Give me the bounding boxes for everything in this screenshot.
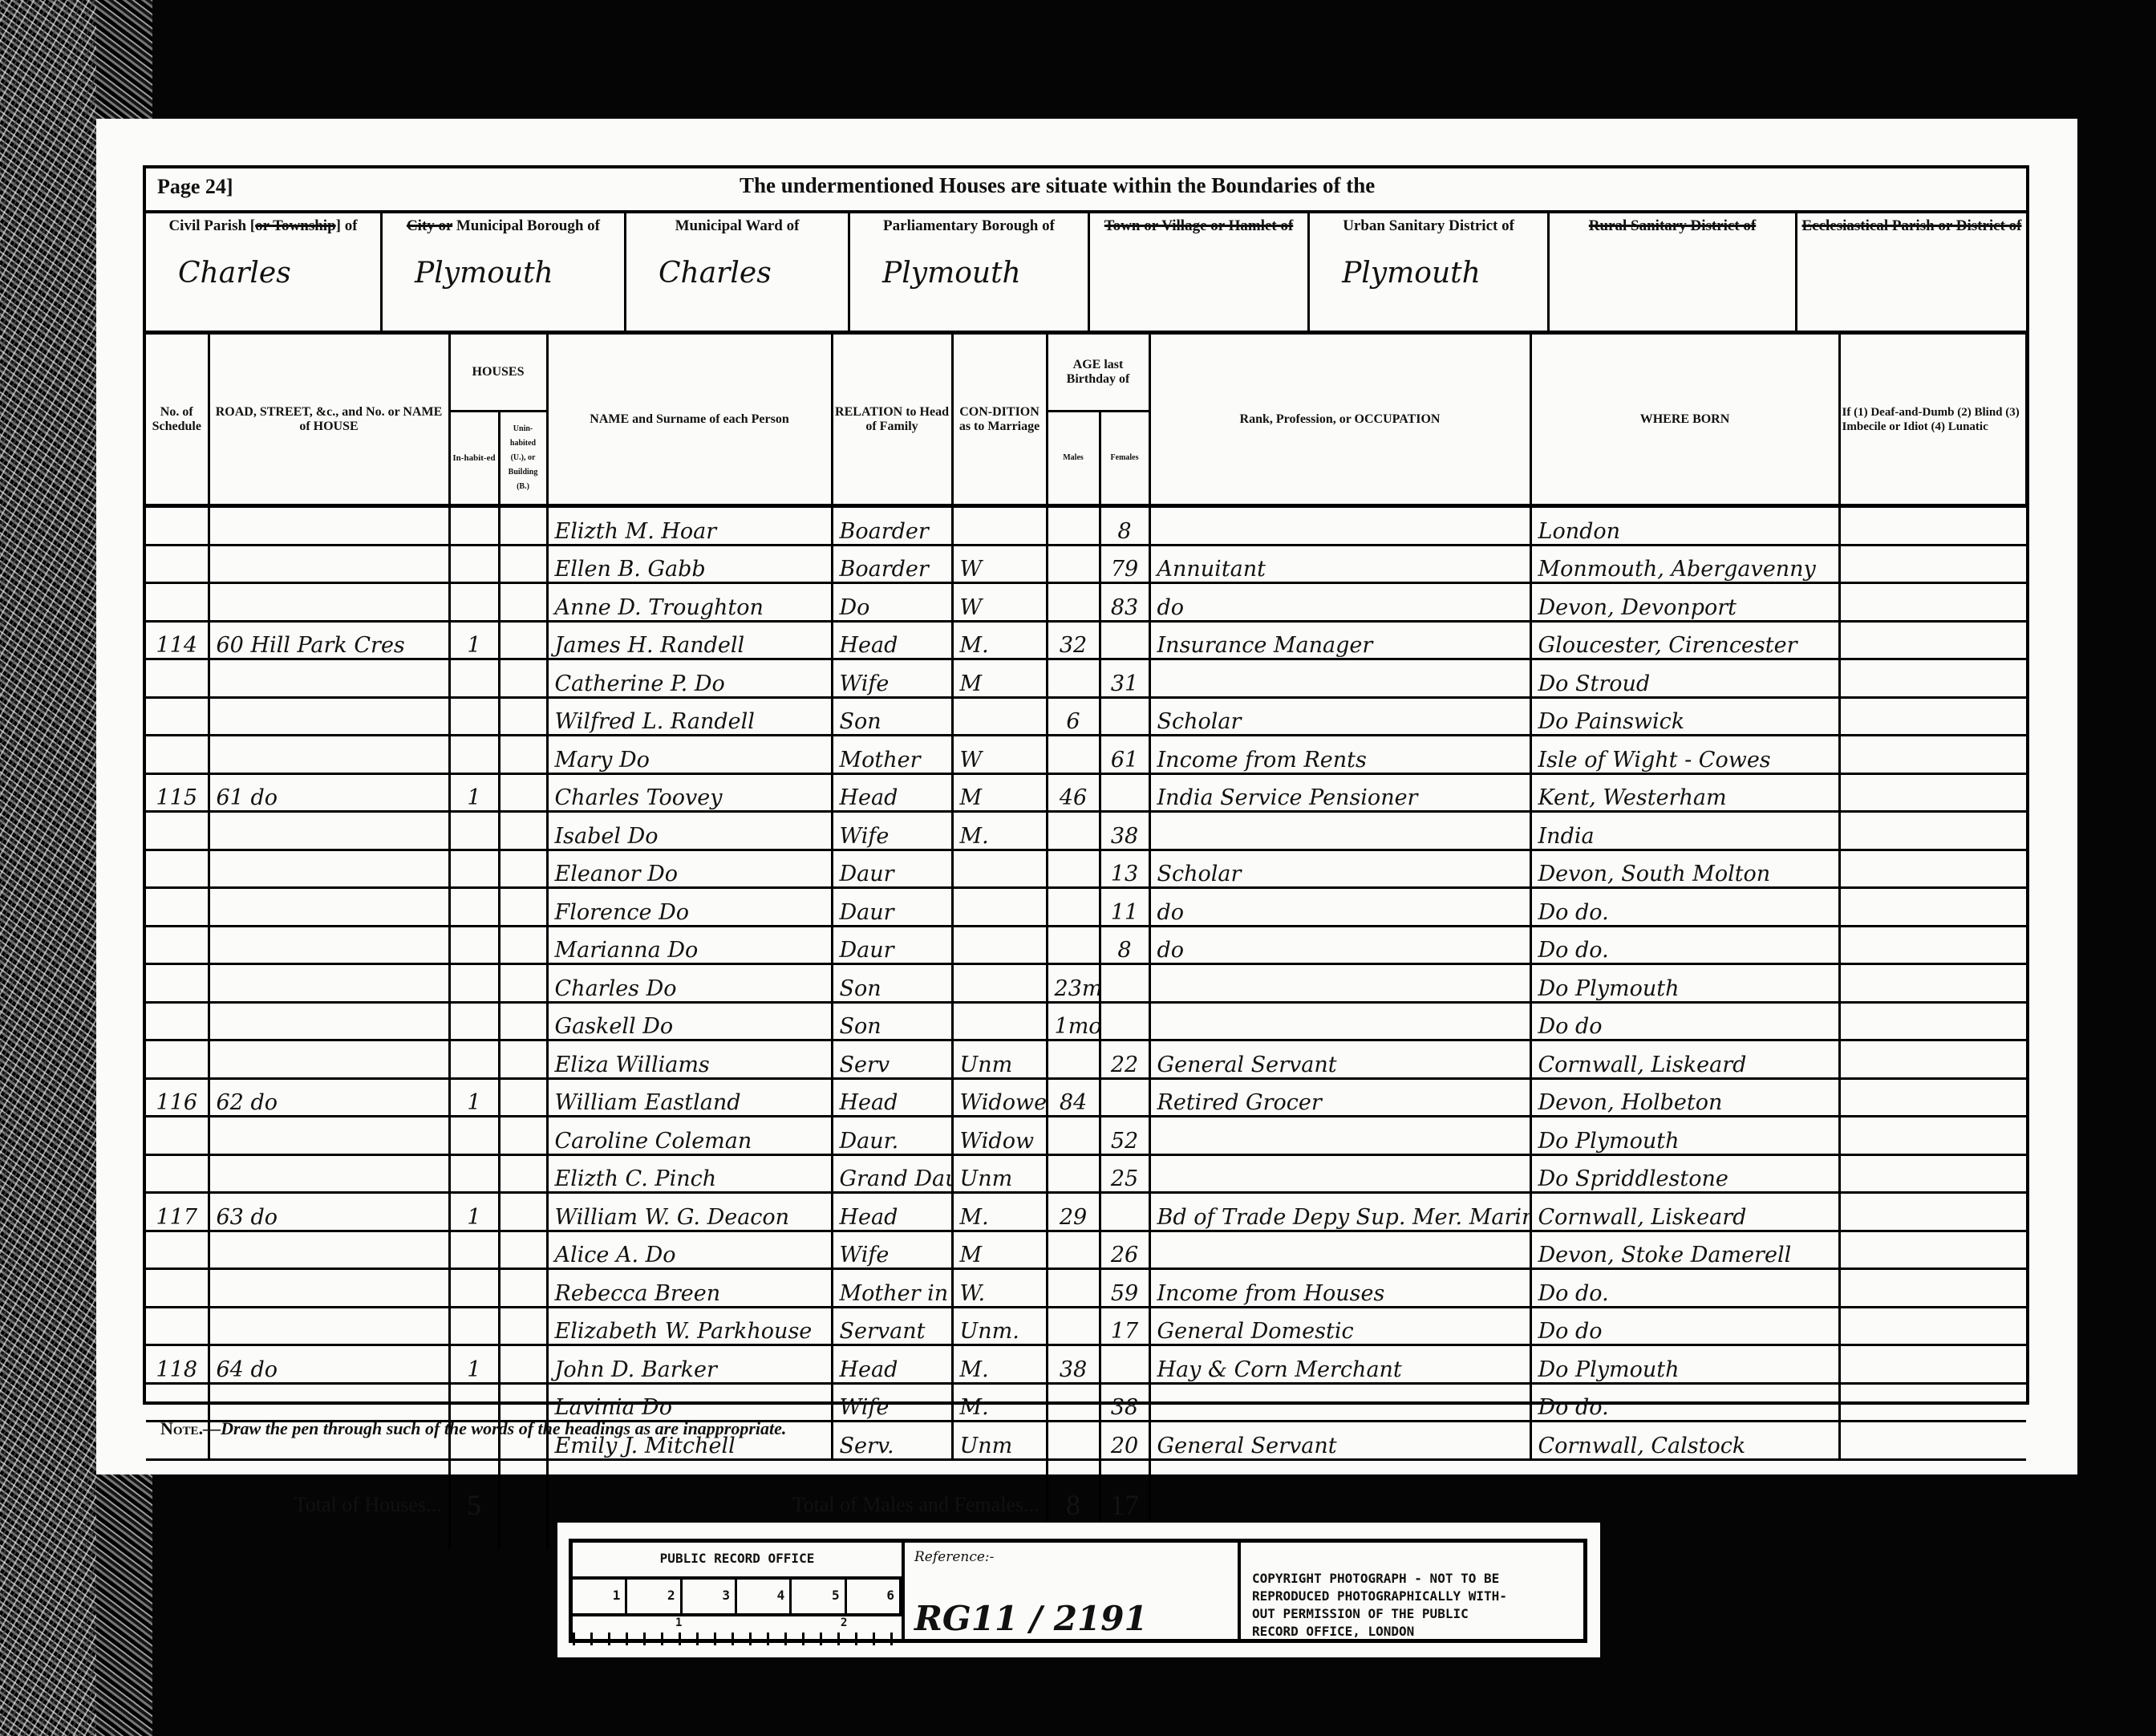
cell-road bbox=[209, 583, 449, 622]
scan-edge-noise-overlay bbox=[0, 0, 96, 1736]
col-infirmity: If (1) Deaf-and-Dumb (2) Blind (3) Imbec… bbox=[1839, 335, 2026, 506]
cell-relation: Wife bbox=[832, 1231, 952, 1269]
cell-occupation bbox=[1149, 506, 1530, 546]
cell-road bbox=[209, 888, 449, 927]
cell-occupation: General Servant bbox=[1149, 1422, 1530, 1460]
col-occupation: Rank, Profession, or OCCUPATION bbox=[1149, 335, 1530, 506]
cell-schedule bbox=[146, 1307, 209, 1345]
empty-cell bbox=[499, 888, 547, 927]
admin-field-label: City or Municipal Borough of bbox=[383, 210, 624, 234]
cell-relation: Daur bbox=[832, 888, 952, 927]
empty-cell bbox=[499, 1345, 547, 1384]
cell-occupation bbox=[1149, 812, 1530, 850]
admin-field-2: Municipal Ward ofCharles bbox=[626, 210, 850, 331]
empty-cell bbox=[499, 926, 547, 964]
cell-name: James H. Randell bbox=[547, 621, 832, 659]
cell-where-born: Devon, Devonport bbox=[1530, 583, 1839, 622]
cell-occupation: Scholar bbox=[1149, 697, 1530, 736]
admin-field-6: Rural Sanitary District of bbox=[1550, 210, 1797, 331]
cell-occupation: General Servant bbox=[1149, 1040, 1530, 1079]
cell-road bbox=[209, 697, 449, 736]
empty-cell bbox=[1839, 850, 2026, 888]
empty-cell bbox=[499, 659, 547, 698]
empty-cell bbox=[1839, 1040, 2026, 1079]
empty-cell bbox=[499, 1154, 547, 1193]
empty-cell bbox=[499, 583, 547, 622]
cell-male-age bbox=[1047, 1040, 1100, 1079]
col-road: ROAD, STREET, &c., and No. or NAME of HO… bbox=[209, 335, 449, 506]
empty-cell bbox=[1839, 773, 2026, 812]
cell-relation: Boarder bbox=[832, 506, 952, 546]
cell-female-age: 22 bbox=[1100, 1040, 1149, 1079]
title-bar: Page 24] The undermentioned Houses are s… bbox=[146, 168, 2026, 213]
admin-field-label: Parliamentary Borough of bbox=[850, 210, 1088, 234]
empty-cell bbox=[499, 1231, 547, 1269]
cell-inhabited bbox=[449, 697, 499, 736]
cell-condition: M bbox=[952, 773, 1047, 812]
admin-field-value: Charles bbox=[178, 257, 291, 290]
empty-cell bbox=[1839, 697, 2026, 736]
cell-male-age bbox=[1047, 888, 1100, 927]
cell-female-age bbox=[1100, 1002, 1149, 1040]
table-row: Gaskell DoSon1moDo do bbox=[146, 1002, 2026, 1040]
ruler-mark: 1 bbox=[675, 1616, 682, 1629]
admin-field-value: Charles bbox=[659, 257, 772, 290]
cell-road: 62 do bbox=[209, 1078, 449, 1117]
table-row: Elizabeth W. ParkhouseServantUnm.17Gener… bbox=[146, 1307, 2026, 1345]
cell-name: Isabel Do bbox=[547, 812, 832, 850]
cell-name: Wilfred L. Randell bbox=[547, 697, 832, 736]
cell-inhabited bbox=[449, 736, 499, 774]
cell-male-age bbox=[1047, 583, 1100, 622]
cell-road bbox=[209, 506, 449, 546]
empty-cell bbox=[499, 1193, 547, 1231]
cell-name: Charles Do bbox=[547, 964, 832, 1003]
cell-relation: Do bbox=[832, 583, 952, 622]
cell-condition: M. bbox=[952, 1193, 1047, 1231]
cell-schedule bbox=[146, 659, 209, 698]
cell-relation: Head bbox=[832, 1078, 952, 1117]
cell-male-age: 84 bbox=[1047, 1078, 1100, 1117]
cell-where-born: Do Plymouth bbox=[1530, 1345, 1839, 1384]
cell-where-born: London bbox=[1530, 506, 1839, 546]
cell-name: William Eastland bbox=[547, 1078, 832, 1117]
cell-name: Lavinia Do bbox=[547, 1383, 832, 1422]
copyright-line: OUT PERMISSION OF THE PUBLIC bbox=[1252, 1605, 1572, 1623]
cell-female-age: 11 bbox=[1100, 888, 1149, 927]
cell-schedule bbox=[146, 506, 209, 546]
cell-occupation bbox=[1149, 964, 1530, 1003]
empty-cell bbox=[499, 736, 547, 774]
cell-male-age: 23mo bbox=[1047, 964, 1100, 1003]
cell-male-age bbox=[1047, 1383, 1100, 1422]
cell-schedule bbox=[146, 964, 209, 1003]
empty-cell bbox=[499, 773, 547, 812]
table-row: Florence DoDaur11doDo do. bbox=[146, 888, 2026, 927]
cell-schedule bbox=[146, 583, 209, 622]
empty-cell bbox=[1839, 812, 2026, 850]
cell-name: Catherine P. Do bbox=[547, 659, 832, 698]
table-row: 11763 do1William W. G. DeaconHeadM.29Bd … bbox=[146, 1193, 2026, 1231]
admin-field-value: Plymouth bbox=[415, 257, 553, 290]
cell-condition: Unm bbox=[952, 1422, 1047, 1460]
cell-road bbox=[209, 812, 449, 850]
cell-schedule bbox=[146, 1269, 209, 1308]
table-row: Elizth M. HoarBoarder8London bbox=[146, 506, 2026, 546]
cell-relation: Grand Daur bbox=[832, 1154, 952, 1193]
cell-name: Elizabeth W. Parkhouse bbox=[547, 1307, 832, 1345]
admin-field-value: Plymouth bbox=[882, 257, 1021, 290]
cell-male-age bbox=[1047, 1117, 1100, 1155]
cell-female-age: 8 bbox=[1100, 926, 1149, 964]
cell-condition bbox=[952, 1002, 1047, 1040]
admin-field-0: Civil Parish [or Township] ofCharles bbox=[146, 210, 383, 331]
table-row: Marianna DoDaur8doDo do. bbox=[146, 926, 2026, 964]
empty-cell bbox=[1839, 736, 2026, 774]
col-inhabited: In-habit-ed bbox=[449, 412, 499, 506]
cell-occupation: do bbox=[1149, 888, 1530, 927]
cell-condition bbox=[952, 888, 1047, 927]
copyright-notice: COPYRIGHT PHOTOGRAPH - NOT TO BE REPRODU… bbox=[1241, 1543, 1583, 1639]
page-number: Page 24] bbox=[157, 175, 233, 199]
cell-road bbox=[209, 1117, 449, 1155]
cell-relation: Head bbox=[832, 621, 952, 659]
cell-road: 64 do bbox=[209, 1345, 449, 1384]
cell-relation: Son bbox=[832, 697, 952, 736]
empty-cell bbox=[499, 964, 547, 1003]
empty-cell bbox=[1839, 659, 2026, 698]
cell-male-age bbox=[1047, 506, 1100, 546]
empty-cell bbox=[1839, 1269, 2026, 1308]
table-row: Elizth C. PinchGrand DaurUnm25Do Spriddl… bbox=[146, 1154, 2026, 1193]
cell-road: 63 do bbox=[209, 1193, 449, 1231]
cell-schedule bbox=[146, 545, 209, 583]
cell-female-age: 13 bbox=[1100, 850, 1149, 888]
cell-inhabited: 1 bbox=[449, 1193, 499, 1231]
empty-cell bbox=[1839, 888, 2026, 927]
cell-where-born: Cornwall, Liskeard bbox=[1530, 1193, 1839, 1231]
admin-field-value: Plymouth bbox=[1342, 257, 1481, 290]
table-row: 11460 Hill Park Cres1James H. RandellHea… bbox=[146, 621, 2026, 659]
cell-schedule bbox=[146, 1002, 209, 1040]
admin-field-label: Town or Village or Hamlet of bbox=[1090, 210, 1307, 234]
col-houses: HOUSES bbox=[449, 335, 547, 412]
cell-condition: Widower bbox=[952, 1078, 1047, 1117]
cell-male-age bbox=[1047, 1154, 1100, 1193]
cell-male-age bbox=[1047, 1231, 1100, 1269]
cell-condition bbox=[952, 850, 1047, 888]
cell-female-age: 38 bbox=[1100, 812, 1149, 850]
cell-relation: Servant bbox=[832, 1307, 952, 1345]
empty-cell bbox=[499, 697, 547, 736]
cell-relation: Head bbox=[832, 773, 952, 812]
cell-name: Elizth M. Hoar bbox=[547, 506, 832, 546]
col-age: AGE last Birthday of bbox=[1047, 335, 1149, 412]
cell-road bbox=[209, 1231, 449, 1269]
cell-condition: W. bbox=[952, 1269, 1047, 1308]
cell-where-born: Do do bbox=[1530, 1002, 1839, 1040]
cell-where-born: Kent, Westerham bbox=[1530, 773, 1839, 812]
cell-where-born: India bbox=[1530, 812, 1839, 850]
cell-name: Gaskell Do bbox=[547, 1002, 832, 1040]
cell-name: Charles Toovey bbox=[547, 773, 832, 812]
cell-relation: Daur bbox=[832, 926, 952, 964]
cell-where-born: Do do. bbox=[1530, 926, 1839, 964]
empty-cell bbox=[1839, 545, 2026, 583]
cell-road bbox=[209, 1307, 449, 1345]
table-row: Mary DoMotherW61Income from RentsIsle of… bbox=[146, 736, 2026, 774]
cell-road bbox=[209, 1002, 449, 1040]
cell-relation: Boarder bbox=[832, 545, 952, 583]
empty-cell bbox=[1839, 964, 2026, 1003]
table-row: 11864 do1John D. BarkerHeadM.38Hay & Cor… bbox=[146, 1345, 2026, 1384]
cell-name: Anne D. Troughton bbox=[547, 583, 832, 622]
cell-occupation: Bd of Trade Depy Sup. Mer. Marine bbox=[1149, 1193, 1530, 1231]
cell-schedule bbox=[146, 1117, 209, 1155]
cell-inhabited: 1 bbox=[449, 621, 499, 659]
cell-inhabited bbox=[449, 1269, 499, 1308]
cell-name: John D. Barker bbox=[547, 1345, 832, 1384]
cell-female-age: 52 bbox=[1100, 1117, 1149, 1155]
cell-male-age: 6 bbox=[1047, 697, 1100, 736]
cell-inhabited bbox=[449, 926, 499, 964]
cell-schedule bbox=[146, 812, 209, 850]
cell-relation: Wife bbox=[832, 1383, 952, 1422]
cell-inhabited bbox=[449, 1231, 499, 1269]
total-houses-label: Total of Houses... bbox=[146, 1459, 449, 1549]
empty-cell bbox=[1839, 1422, 2026, 1460]
cell-inhabited bbox=[449, 850, 499, 888]
cell-inhabited bbox=[449, 1307, 499, 1345]
cell-schedule bbox=[146, 926, 209, 964]
cell-name: Caroline Coleman bbox=[547, 1117, 832, 1155]
empty-cell bbox=[499, 1040, 547, 1079]
cell-schedule bbox=[146, 1040, 209, 1079]
empty-cell bbox=[499, 1117, 547, 1155]
boundaries-heading: The undermentioned Houses are situate wi… bbox=[740, 173, 1375, 198]
cell-where-born: Do Plymouth bbox=[1530, 1117, 1839, 1155]
cell-schedule bbox=[146, 1383, 209, 1422]
cell-inhabited bbox=[449, 583, 499, 622]
cell-where-born: Devon, Holbeton bbox=[1530, 1078, 1839, 1117]
ruler-mark: 2 bbox=[841, 1616, 847, 1629]
cell-inhabited bbox=[449, 1040, 499, 1079]
empty-cell bbox=[1839, 1193, 2026, 1231]
cell-schedule bbox=[146, 736, 209, 774]
table-row: Wilfred L. RandellSon6ScholarDo Painswic… bbox=[146, 697, 2026, 736]
cell-schedule: 117 bbox=[146, 1193, 209, 1231]
cell-road: 60 Hill Park Cres bbox=[209, 621, 449, 659]
table-row: Caroline ColemanDaur.Widow52Do Plymouth bbox=[146, 1117, 2026, 1155]
admin-field-label: Rural Sanitary District of bbox=[1550, 210, 1795, 234]
census-table: No. of Schedule ROAD, STREET, &c., and N… bbox=[146, 335, 2028, 1549]
cell-female-age: 61 bbox=[1100, 736, 1149, 774]
table-row: Alice A. DoWifeM26Devon, Stoke Damerell bbox=[146, 1231, 2026, 1269]
cell-condition: Unm bbox=[952, 1040, 1047, 1079]
cell-inhabited: 1 bbox=[449, 1078, 499, 1117]
cell-female-age: 20 bbox=[1100, 1422, 1149, 1460]
scale-number: 6 bbox=[847, 1580, 902, 1613]
cell-inhabited: 1 bbox=[449, 773, 499, 812]
empty-cell bbox=[499, 1002, 547, 1040]
admin-field-label: Urban Sanitary District of bbox=[1310, 210, 1547, 234]
cell-female-age bbox=[1100, 1345, 1149, 1384]
cell-male-age: 32 bbox=[1047, 621, 1100, 659]
empty-cell bbox=[499, 1307, 547, 1345]
cell-condition bbox=[952, 697, 1047, 736]
scale-number: 2 bbox=[627, 1580, 682, 1613]
empty-cell bbox=[1839, 506, 2026, 546]
table-row: Eleanor DoDaur13ScholarDevon, South Molt… bbox=[146, 850, 2026, 888]
cell-male-age bbox=[1047, 545, 1100, 583]
empty-cell bbox=[1839, 1307, 2026, 1345]
cell-occupation: Hay & Corn Merchant bbox=[1149, 1345, 1530, 1384]
cell-occupation bbox=[1149, 1154, 1530, 1193]
cell-name: Rebecca Breen bbox=[547, 1269, 832, 1308]
cell-inhabited: 1 bbox=[449, 1345, 499, 1384]
cell-female-age bbox=[1100, 964, 1149, 1003]
cell-condition: M bbox=[952, 1231, 1047, 1269]
cell-where-born: Do Painswick bbox=[1530, 697, 1839, 736]
cell-where-born: Monmouth, Abergavenny bbox=[1530, 545, 1839, 583]
table-row: Isabel DoWifeM.38India bbox=[146, 812, 2026, 850]
public-record-office-scale: PUBLIC RECORD OFFICE 1 2 3 4 5 6 1 2 bbox=[573, 1543, 905, 1639]
copyright-line: REPRODUCED PHOTOGRAPHICALLY WITH- bbox=[1252, 1588, 1572, 1605]
cell-condition: W bbox=[952, 583, 1047, 622]
cell-name: Florence Do bbox=[547, 888, 832, 927]
empty-cell bbox=[499, 1383, 547, 1422]
copyright-line: COPYRIGHT PHOTOGRAPH - NOT TO BE bbox=[1252, 1570, 1572, 1588]
cell-inhabited bbox=[449, 1383, 499, 1422]
table-row: Catherine P. DoWifeM31Do Stroud bbox=[146, 659, 2026, 698]
cell-where-born: Do do bbox=[1530, 1307, 1839, 1345]
cell-schedule: 115 bbox=[146, 773, 209, 812]
scale-numbers: 1 2 3 4 5 6 bbox=[573, 1580, 902, 1616]
cell-road bbox=[209, 1383, 449, 1422]
cell-name: Mary Do bbox=[547, 736, 832, 774]
cell-where-born: Cornwall, Liskeard bbox=[1530, 1040, 1839, 1079]
cell-male-age bbox=[1047, 1269, 1100, 1308]
cell-occupation: Retired Grocer bbox=[1149, 1078, 1530, 1117]
cell-condition: M. bbox=[952, 1383, 1047, 1422]
ruler-scale: 1 2 bbox=[573, 1616, 902, 1645]
cell-occupation bbox=[1149, 1002, 1530, 1040]
empty-cell bbox=[1839, 621, 2026, 659]
cell-condition: Unm bbox=[952, 1154, 1047, 1193]
cell-relation: Serv. bbox=[832, 1422, 952, 1460]
table-row: 11662 do1William EastlandHeadWidower84Re… bbox=[146, 1078, 2026, 1117]
empty-cell bbox=[499, 621, 547, 659]
reference-label: Reference:- bbox=[914, 1549, 994, 1565]
cell-female-age: 59 bbox=[1100, 1269, 1149, 1308]
cell-occupation: General Domestic bbox=[1149, 1307, 1530, 1345]
cell-inhabited bbox=[449, 964, 499, 1003]
table-row: Ellen B. GabbBoarderW79AnnuitantMonmouth… bbox=[146, 545, 2026, 583]
cell-occupation bbox=[1149, 659, 1530, 698]
admin-field-label: Ecclesiastical Parish or District of bbox=[1797, 210, 2026, 234]
cell-female-age: 26 bbox=[1100, 1231, 1149, 1269]
cell-occupation: Scholar bbox=[1149, 850, 1530, 888]
cell-inhabited bbox=[449, 1002, 499, 1040]
cell-condition bbox=[952, 926, 1047, 964]
col-where-born: WHERE BORN bbox=[1530, 335, 1839, 506]
cell-condition: Widow bbox=[952, 1117, 1047, 1155]
admin-field-1: City or Municipal Borough ofPlymouth bbox=[383, 210, 626, 331]
cell-relation: Head bbox=[832, 1345, 952, 1384]
cell-inhabited bbox=[449, 888, 499, 927]
empty-cell bbox=[1839, 1078, 2026, 1117]
cell-occupation bbox=[1149, 1383, 1530, 1422]
cell-female-age: 83 bbox=[1100, 583, 1149, 622]
empty-cell bbox=[1839, 1345, 2026, 1384]
cell-occupation: India Service Pensioner bbox=[1149, 773, 1530, 812]
cell-name: Alice A. Do bbox=[547, 1231, 832, 1269]
cell-inhabited bbox=[449, 1154, 499, 1193]
scale-number: 1 bbox=[573, 1580, 627, 1613]
cell-condition: M. bbox=[952, 812, 1047, 850]
cell-condition: M. bbox=[952, 621, 1047, 659]
reference-box: Reference:- RG11 / 2191 bbox=[905, 1543, 1241, 1639]
cell-road bbox=[209, 659, 449, 698]
admin-field-7: Ecclesiastical Parish or District of bbox=[1797, 210, 2026, 331]
cell-name: Elizth C. Pinch bbox=[547, 1154, 832, 1193]
cell-female-age: 17 bbox=[1100, 1307, 1149, 1345]
cell-where-born: Gloucester, Cirencester bbox=[1530, 621, 1839, 659]
empty-cell bbox=[499, 1269, 547, 1308]
col-schedule: No. of Schedule bbox=[146, 335, 209, 506]
cell-where-born: Do Spriddlestone bbox=[1530, 1154, 1839, 1193]
cell-female-age: 31 bbox=[1100, 659, 1149, 698]
census-page: Page 24] The undermentioned Houses are s… bbox=[96, 119, 2077, 1474]
cell-name: Marianna Do bbox=[547, 926, 832, 964]
cell-occupation: Insurance Manager bbox=[1149, 621, 1530, 659]
empty-cell bbox=[499, 506, 547, 546]
cell-road bbox=[209, 1269, 449, 1308]
cell-male-age: 46 bbox=[1047, 773, 1100, 812]
cell-female-age bbox=[1100, 773, 1149, 812]
cell-relation: Wife bbox=[832, 659, 952, 698]
cell-male-age bbox=[1047, 926, 1100, 964]
cell-female-age bbox=[1100, 621, 1149, 659]
empty-cell bbox=[1839, 1154, 2026, 1193]
cell-condition: Unm. bbox=[952, 1307, 1047, 1345]
cell-occupation: Annuitant bbox=[1149, 545, 1530, 583]
admin-field-label: Civil Parish [or Township] of bbox=[146, 210, 380, 234]
cell-schedule bbox=[146, 888, 209, 927]
cell-where-born: Do do. bbox=[1530, 1383, 1839, 1422]
cell-road bbox=[209, 1154, 449, 1193]
cell-condition: W bbox=[952, 736, 1047, 774]
total-houses-value: 5 bbox=[449, 1459, 499, 1549]
cell-relation: Daur. bbox=[832, 1117, 952, 1155]
empty-cell bbox=[1839, 1231, 2026, 1269]
cell-relation: Mother in Law bbox=[832, 1269, 952, 1308]
cell-occupation: do bbox=[1149, 583, 1530, 622]
cell-name: Ellen B. Gabb bbox=[547, 545, 832, 583]
cell-road bbox=[209, 545, 449, 583]
col-uninhabited: Unin-habited (U.), or Building (B.) bbox=[499, 412, 547, 506]
cell-male-age bbox=[1047, 850, 1100, 888]
empty-cell bbox=[1839, 583, 2026, 622]
col-males: Males bbox=[1047, 412, 1100, 506]
cell-relation: Daur bbox=[832, 850, 952, 888]
scale-number: 4 bbox=[737, 1580, 792, 1613]
cell-schedule bbox=[146, 850, 209, 888]
cell-occupation bbox=[1149, 1117, 1530, 1155]
cell-condition: W bbox=[952, 545, 1047, 583]
cell-road bbox=[209, 850, 449, 888]
reference-value: RG11 / 2191 bbox=[914, 1599, 1148, 1638]
